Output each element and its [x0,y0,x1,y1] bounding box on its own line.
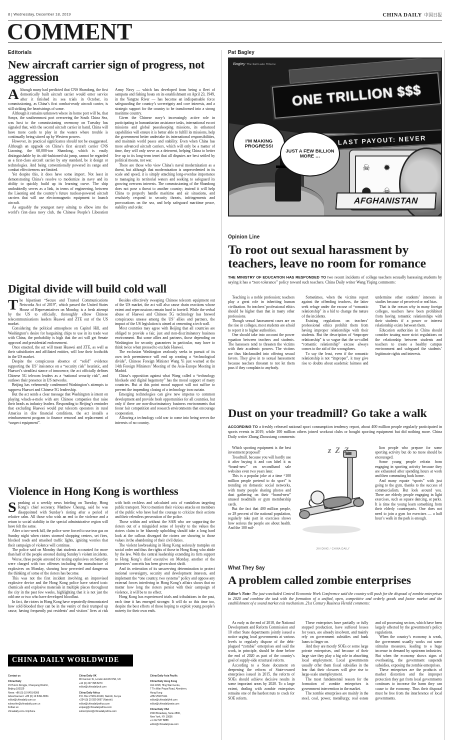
dropcap: A [8,88,20,102]
body-paragraph: And its reiteration of its unswerving de… [115,566,215,594]
contact-column-uk-africa: China Daily UK90 Cannon St, London EC4N … [79,673,142,728]
body-paragraph: When the country’s economy is weak, the … [375,635,442,668]
illustration-credit: JIN DING / CHINA DAILY [295,548,371,551]
headline-hong-kong: Violence in Hong Kong is worthless [8,485,215,498]
speech-bubble-progress: I’M MAKING PROGRESS! [233,123,285,166]
body-paragraph: Once enacted, the act will mean Huawei a… [8,345,108,359]
body-paragraph: Given the Chinese navy’s increasingly ac… [115,116,215,163]
treadmill-illustration: z Z Z JIN DING / CHINA DAILY [295,446,371,551]
body-paragraph: Besides effectively sweeping Chinese tel… [115,298,215,326]
body-paragraph: The most fundamental reason for the form… [302,677,369,691]
body-paragraph: And many equate “sports” with just going… [375,478,442,520]
intro-treadmill: ACCORDING TO a freshly released national… [228,425,442,440]
treadmill-left-text: Which sporting equipment is the best inv… [228,446,291,551]
body-paragraph: Education authorities in China should co… [375,328,442,356]
opinion-column: Pat Bagley Bagley The Salt Lake Tribune … [228,50,442,733]
contact-footer: Contact usChina Daily15 Huixin Dongjie, … [8,673,213,728]
column-divider [221,50,222,740]
body-paragraph: Most countries may agree with Beijing th… [115,326,215,350]
masthead-rule [8,42,442,43]
body-paragraph: Existing regulations on teachers’ profes… [302,319,369,352]
headline-treadmill: Dust on your treadmill? Go take a walk [228,407,442,421]
editorial-cartoon: Bagley The Salt Lake Tribune ONE TRILLIO… [228,58,442,217]
body-paragraph: lion people who prepare for some sportin… [375,446,442,460]
body-paragraph: The police said on Monday that students … [8,548,108,557]
cartoonist-label: Pat Bagley [228,50,442,56]
speech-bubble-billions: JUST A FEW BILLION MORE … [280,132,340,177]
brand-name: CHINA DAILY [383,12,422,18]
body-paragraph: Teaching is a noble profession; teachers… [228,295,295,319]
dropcap: T [8,298,20,312]
article-body-digital-divide: The bipartisan “Secure and Trusted Commu… [8,298,215,478]
body-paragraph: Treadmill, because you will hardly use i… [228,455,291,474]
section-label-opinion-line: Opinion Line [228,235,442,241]
editorials-column: Editorials New aircraft carrier sign of … [8,50,215,727]
body-paragraph: But the fact that 400 million people, or… [228,507,291,531]
body-paragraph: Beijing has vehemently condemned Washing… [8,383,108,392]
body-paragraph: Although it remains unknown where its ho… [8,111,108,139]
afghanistan-label: AFGHANISTAN [335,193,436,210]
folio-dateline: 8 | Wednesday, December 18, 2019 [8,12,71,17]
body-paragraph: Emerging technologies can give new impet… [115,392,215,416]
body-paragraph: Worse, three people arrested for testing… [8,557,108,576]
contact-line: subscription@chinadailyafrica.com [79,710,142,713]
body-paragraph: This is a popular joke at a time “100 mi… [228,474,291,507]
headline-zombie: A problem called zombie enterprises [228,574,442,588]
section-label-editorials: Editorials [8,50,215,56]
contact-column-asia-usa: China Daily Asia PacificChina Daily Hong… [150,673,213,728]
body-paragraph: The exclusion Washington zealously seeks… [115,350,215,374]
body-paragraph: China’s opposition against what Wang cal… [115,373,215,392]
lead-paragraph: peaking at a weekly news briefing on Tue… [8,501,108,529]
body-paragraph: This was not the first incident involvin… [8,576,108,600]
section-label-what-they-say: What They Say [228,566,442,572]
body-paragraph: Some young people refrain from engaging … [375,460,442,479]
headline-aircraft-carrier: New aircraft carrier sign of progress, n… [8,59,215,84]
contact-line: editor@chinadailyusa.com [150,723,213,726]
masthead-brand: CHINA DAILY中国日报 [383,10,442,19]
body-paragraph: One should take into account the power e… [228,333,295,371]
contact-line: editor@chinadailyuk.com [79,686,142,689]
body-paragraph: The violent lawbreaking in Hong Kong ser… [115,543,215,567]
zzz-text: z Z Z [328,447,350,456]
worldwide-banner: CHINA DAILY WORLDWIDE [8,655,133,667]
body-paragraph: As early as the end of 2018, the Nationa… [228,621,295,663]
reel-symbol-icon: ✹ [383,164,390,173]
editors-note: Editor’s Note: The just-concluded Centra… [228,592,442,615]
body-paragraph: Yet despite this, it does have some impo… [8,172,108,205]
treadmill-section: Which sporting equipment is the best inv… [228,446,442,551]
body-paragraph: There are those who view China’s naval m… [115,163,215,210]
body-paragraph: Sometimes, when the victims report again… [302,295,369,319]
article-body-harassment: Teaching is a noble profession; teachers… [228,295,442,395]
headline-harassment: To root out sexual harassment by teacher… [228,243,442,270]
body-paragraph: But the act sends a clear message that W… [8,392,108,425]
body-paragraph: Allowing a technology cold war to come i… [115,416,215,425]
body-paragraph: Those within and without the SAR who are… [115,519,215,543]
body-paragraph: Despite the conspicuous absence of “soli… [8,359,108,383]
body-paragraph: Which sporting equipment is the best inv… [228,446,291,455]
body-paragraph: Though sexual harassment cases are on th… [228,319,295,333]
article-body-zombie: As early as the end of 2018, the Nationa… [228,621,442,733]
intro-harassment: THE MINISTRY OF EDUCATION HAS RESPONDED … [228,275,442,285]
body-paragraph: Hong Kong has experienced trials and tri… [115,595,215,614]
reel-symbol-icon: ☠ [363,164,371,173]
cartoonist-signature: Bagley The Salt Lake Tribune [233,62,276,67]
headline-digital-divide: Digital divide will build cold wall [8,283,215,296]
body-paragraph: These enterprises are the products of ma… [375,668,442,701]
body-paragraph: After a two-week lull, the police were f… [8,529,108,548]
brand-name-chinese: 中国日报 [424,13,442,18]
lead-paragraph: he bipartisan “Secure and Trusted Commun… [8,298,108,326]
body-paragraph: However, its practical significance shou… [8,139,108,172]
body-paragraph: These enterprises have partially or full… [302,621,369,645]
contact-column-beijing: Contact usChina Daily15 Huixin Dongjie, … [8,673,71,728]
treadmill-drawing-icon [296,446,371,536]
dropcap: S [8,501,18,515]
article-body-hong-kong: Speaking at a weekly news briefing on Tu… [8,501,215,645]
contact-line: editor@chinadailyasia.com [150,703,213,706]
contact-line: China Daily Asia Pacific [150,675,213,678]
article-body-aircraft-carrier: Although many had predicted that CNS Sha… [8,88,215,276]
body-paragraph: And they are mostly SOEs or some large p… [302,644,369,677]
body-paragraph: That is the reason why in many foreign c… [375,304,442,328]
right-edge-rule [444,50,445,740]
newspaper-page: 8 | Wednesday, December 18, 2019 CHINA D… [0,0,450,747]
page-title: COMMENT [7,21,132,43]
contact-line: chinadaily.com.cn/iphone [8,710,71,713]
contact-line: Contact us [8,675,71,678]
treadmill-right-text: lion people who prepare for some sportin… [375,446,442,551]
body-paragraph: Considering the political atmosphere on … [8,326,108,345]
lead-paragraph: lthough many had predicted that CNS Shan… [8,88,108,111]
body-paragraph: According to a State document on deepeni… [228,663,295,701]
